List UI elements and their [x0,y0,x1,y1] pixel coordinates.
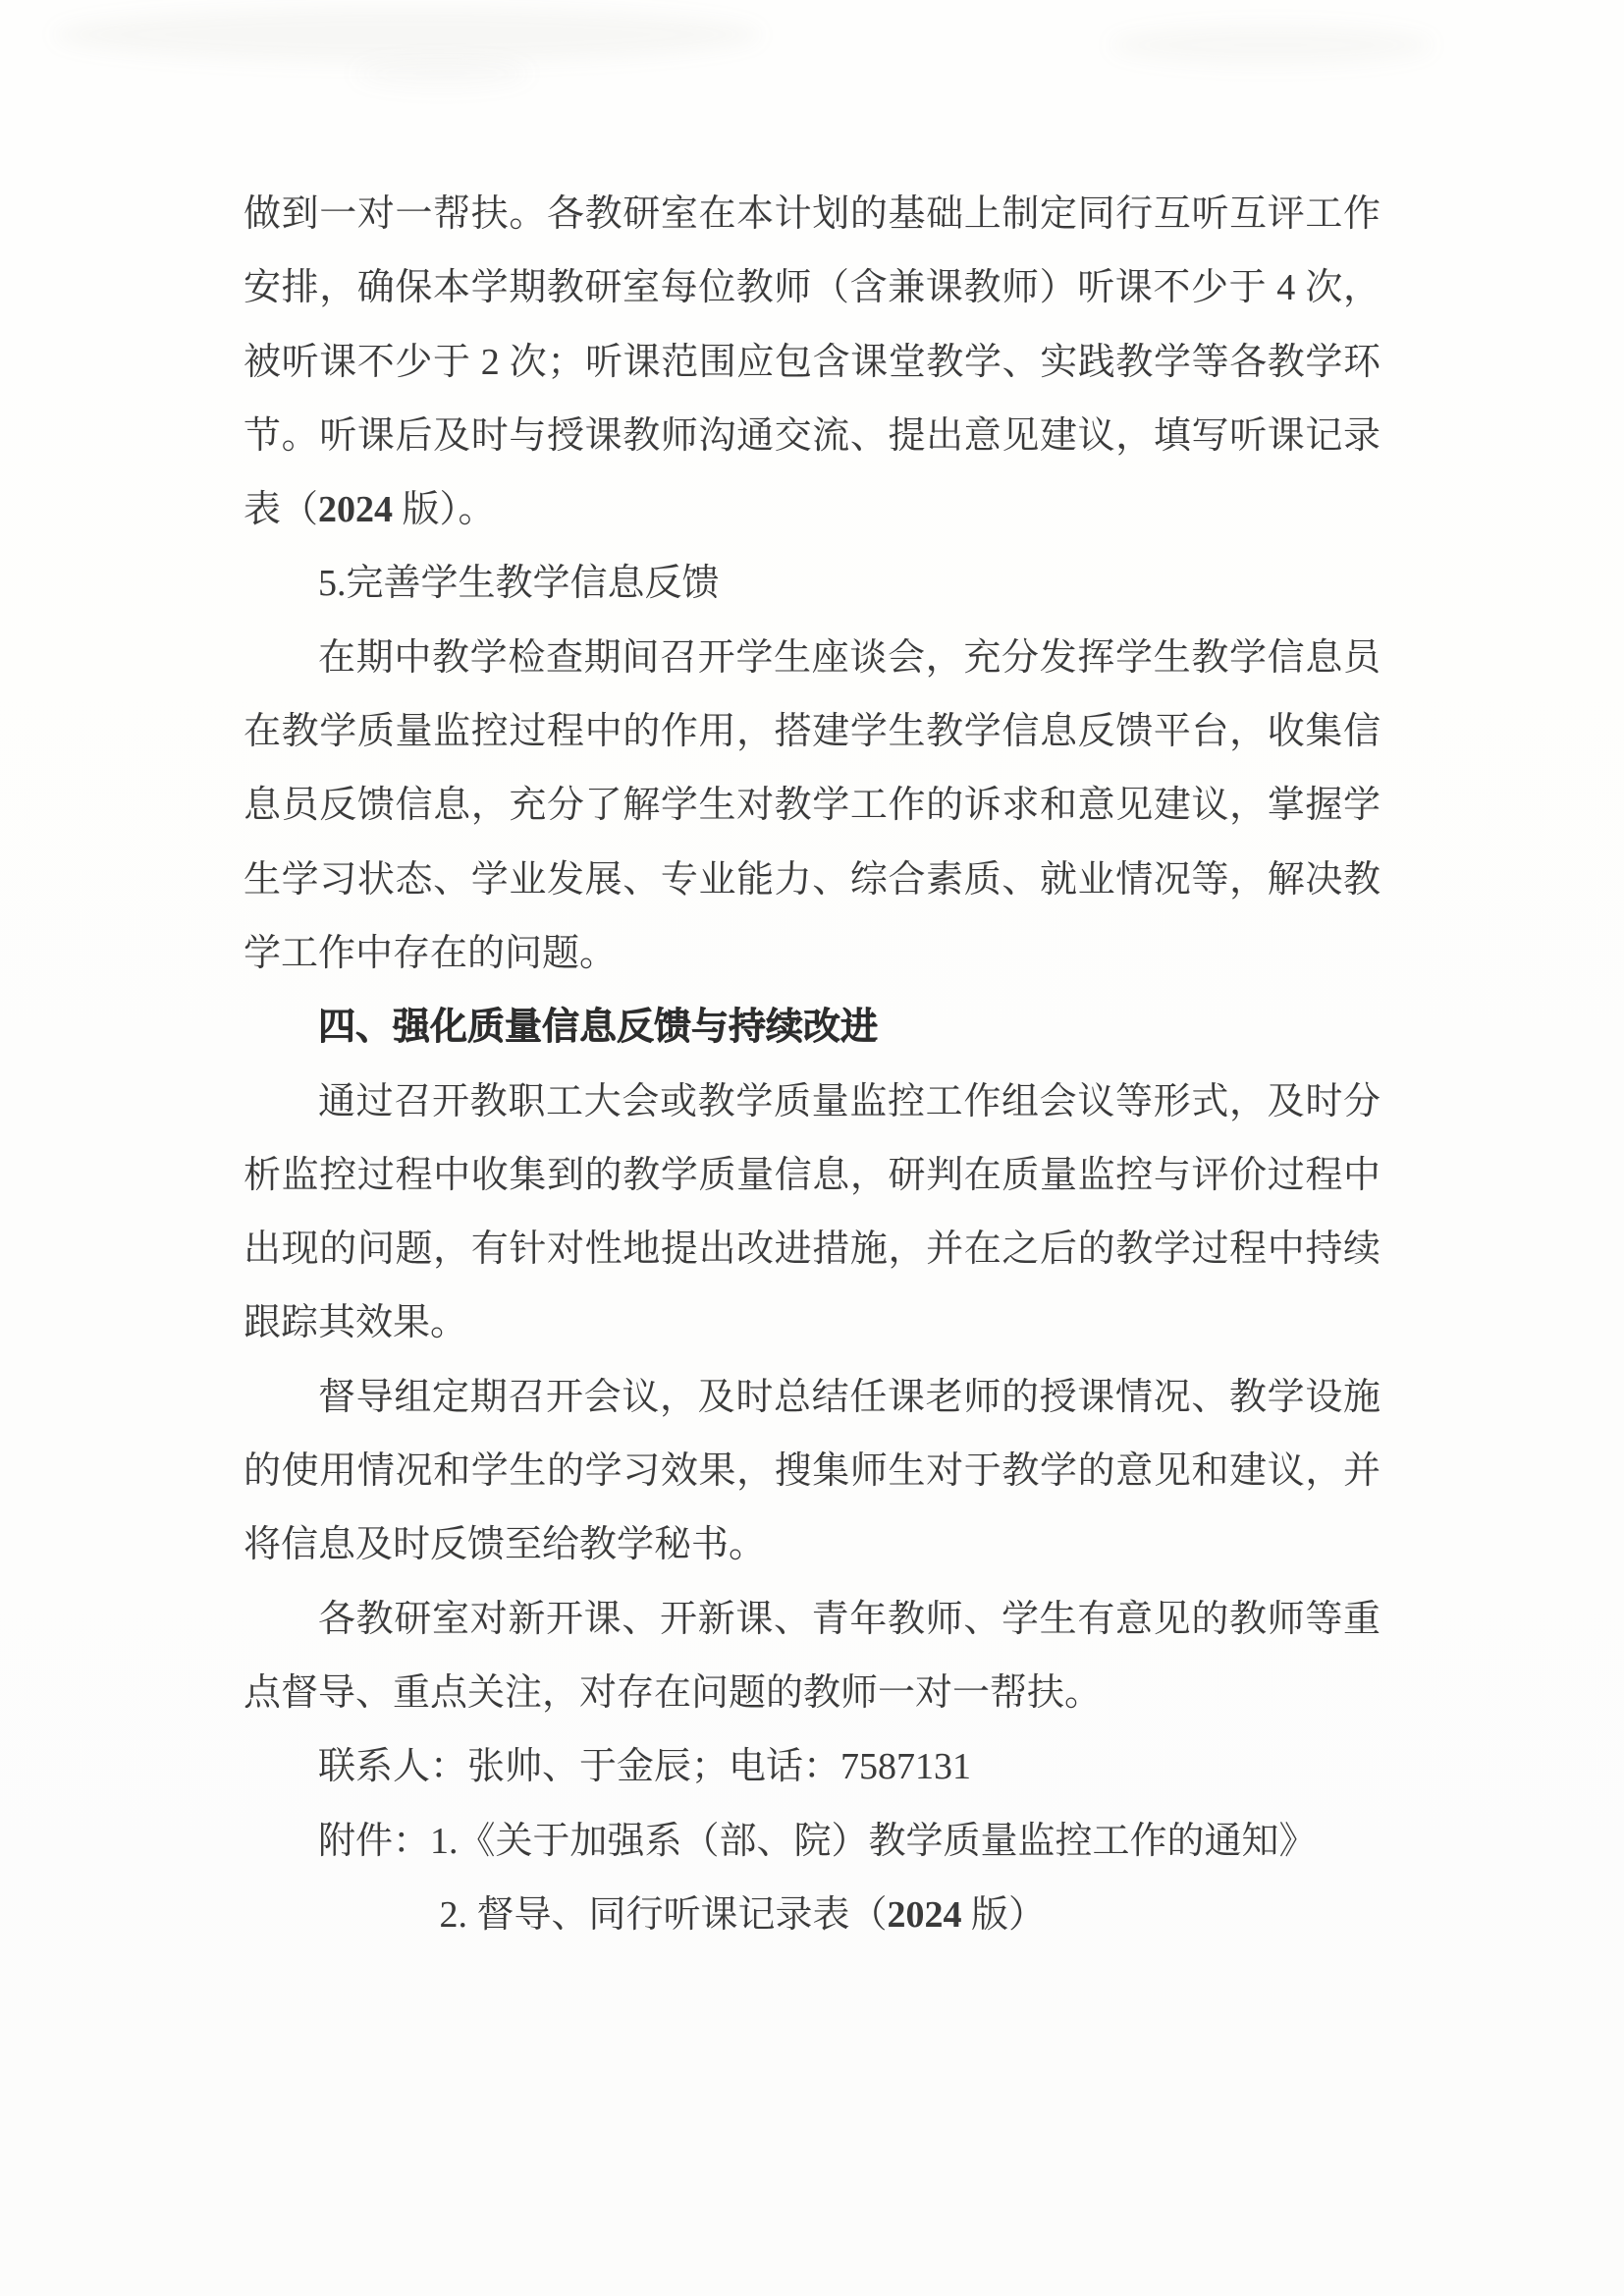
scan-smudge [353,59,530,88]
text-run: 出现的问题，有针对性地提出改进措施，并在之后的教学过程中持续 [244,1229,1380,1270]
scan-smudge [1110,26,1434,65]
text-run: 析监控过程中收集到的教学质量信息，研判在质量监控与评价过程中 [244,1155,1380,1196]
text-line: 做到一对一帮扶。各教研室在本计划的基础上制定同行互听互评工作 [244,178,1380,251]
text-line: 跟踪其效果。 [244,1286,1380,1360]
bold-text-run: 2024 [888,1894,962,1936]
text-run: 节。听课后及时与授课教师沟通交流、提出意见建议，填写听课记录 [244,415,1380,457]
text-run: 学工作中存在的问题。 [244,933,617,974]
document-page: 做到一对一帮扶。各教研室在本计划的基础上制定同行互听互评工作安排，确保本学期教研… [0,0,1624,2296]
text-line: 表（2024 版）。 [244,473,1380,547]
section-heading: 四、强化质量信息反馈与持续改进 [244,991,1380,1065]
text-run: 将信息及时反馈至给教学秘书。 [244,1524,766,1565]
text-line: 析监控过程中收集到的教学质量信息，研判在质量监控与评价过程中 [244,1139,1380,1213]
text-line: 四、强化质量信息反馈与持续改进 [244,991,1380,1065]
bold-text-run: 2024 [318,489,393,530]
text-line: 息员反馈信息，充分了解学生对教学工作的诉求和意见建议，掌握学 [244,769,1380,843]
paragraph: 各教研室对新开课、开新课、青年教师、学生有意见的教师等重点督导、重点关注，对存在… [244,1583,1380,1731]
paragraph: 在期中教学检查期间召开学生座谈会，充分发挥学生教学信息员在教学质量监控过程中的作… [244,622,1380,991]
paragraph: 2. 督导、同行听课记录表（2024 版） [244,1879,1380,1952]
paragraph: 5.完善学生教学信息反馈 [244,547,1380,621]
text-line: 点督导、重点关注，对存在问题的教师一对一帮扶。 [244,1657,1380,1730]
text-run: 做到一对一帮扶。各教研室在本计划的基础上制定同行互听互评工作 [244,193,1380,235]
scan-smudge [54,8,761,62]
text-run: 各教研室对新开课、开新课、青年教师、学生有意见的教师等重 [318,1599,1380,1640]
text-line: 生学习状态、学业发展、专业能力、综合素质、就业情况等，解决教 [244,844,1380,917]
text-run: 督导组定期召开会议，及时总结任课老师的授课情况、教学设施 [318,1377,1380,1418]
paragraph: 通过召开教职工大会或教学质量监控工作组会议等形式，及时分析监控过程中收集到的教学… [244,1066,1380,1361]
text-run: 四、强化质量信息反馈与持续改进 [318,1007,878,1048]
text-run: 在期中教学检查期间召开学生座谈会，充分发挥学生教学信息员 [318,637,1380,679]
paragraph: 做到一对一帮扶。各教研室在本计划的基础上制定同行互听互评工作安排，确保本学期教研… [244,178,1380,547]
text-line: 在教学质量监控过程中的作用，搭建学生教学信息反馈平台，收集信 [244,695,1380,769]
text-run: 点督导、重点关注，对存在问题的教师一对一帮扶。 [244,1672,1102,1714]
text-line: 督导组定期召开会议，及时总结任课老师的授课情况、教学设施 [244,1361,1380,1435]
text-line: 在期中教学检查期间召开学生座谈会，充分发挥学生教学信息员 [244,622,1380,695]
paragraph: 附件：1.《关于加强系（部、院）教学质量监控工作的通知》 [244,1805,1380,1879]
text-run: 版）。 [393,489,496,530]
paragraph: 联系人：张帅、于金辰；电话：7587131 [244,1730,1380,1804]
text-line: 被听课不少于 2 次；听课范围应包含课堂教学、实践教学等各教学环 [244,326,1380,400]
text-line: 学工作中存在的问题。 [244,917,1380,991]
text-run: 表（ [244,489,318,530]
text-run: 联系人：张帅、于金辰；电话：7587131 [318,1746,971,1787]
text-line: 通过召开教职工大会或教学质量监控工作组会议等形式，及时分 [244,1066,1380,1139]
text-run: 安排，确保本学期教研室每位教师（含兼课教师）听课不少于 4 次， [244,267,1380,308]
text-run: 跟踪其效果。 [244,1302,467,1343]
text-line: 的使用情况和学生的学习效果，搜集师生对于教学的意见和建议，并 [244,1435,1380,1508]
text-run: 息员反馈信息，充分了解学生对教学工作的诉求和意见建议，掌握学 [244,785,1380,826]
text-run: 2. 督导、同行听课记录表（ [440,1894,888,1936]
text-run: 的使用情况和学生的学习效果，搜集师生对于教学的意见和建议，并 [244,1450,1380,1492]
text-run: 在教学质量监控过程中的作用，搭建学生教学信息反馈平台，收集信 [244,711,1380,752]
text-block: 做到一对一帮扶。各教研室在本计划的基础上制定同行互听互评工作安排，确保本学期教研… [244,178,1380,1952]
text-line: 安排，确保本学期教研室每位教师（含兼课教师）听课不少于 4 次， [244,251,1380,325]
text-line: 出现的问题，有针对性地提出改进措施，并在之后的教学过程中持续 [244,1213,1380,1286]
text-run: 版） [962,1894,1047,1936]
text-run: 附件：1.《关于加强系（部、院）教学质量监控工作的通知》 [318,1821,1317,1862]
text-line: 联系人：张帅、于金辰；电话：7587131 [244,1730,1380,1804]
text-line: 附件：1.《关于加强系（部、院）教学质量监控工作的通知》 [244,1805,1380,1879]
text-line: 节。听课后及时与授课教师沟通交流、提出意见建议，填写听课记录 [244,400,1380,473]
text-run: 生学习状态、学业发展、专业能力、综合素质、就业情况等，解决教 [244,859,1380,901]
text-run: 通过召开教职工大会或教学质量监控工作组会议等形式，及时分 [318,1081,1380,1122]
text-line: 5.完善学生教学信息反馈 [244,547,1380,621]
text-run: 被听课不少于 2 次；听课范围应包含课堂教学、实践教学等各教学环 [244,342,1380,383]
text-run: 5.完善学生教学信息反馈 [318,563,720,604]
paragraph: 督导组定期召开会议，及时总结任课老师的授课情况、教学设施的使用情况和学生的学习效… [244,1361,1380,1583]
text-line: 将信息及时反馈至给教学秘书。 [244,1508,1380,1582]
text-line: 2. 督导、同行听课记录表（2024 版） [244,1879,1380,1952]
text-line: 各教研室对新开课、开新课、青年教师、学生有意见的教师等重 [244,1583,1380,1657]
